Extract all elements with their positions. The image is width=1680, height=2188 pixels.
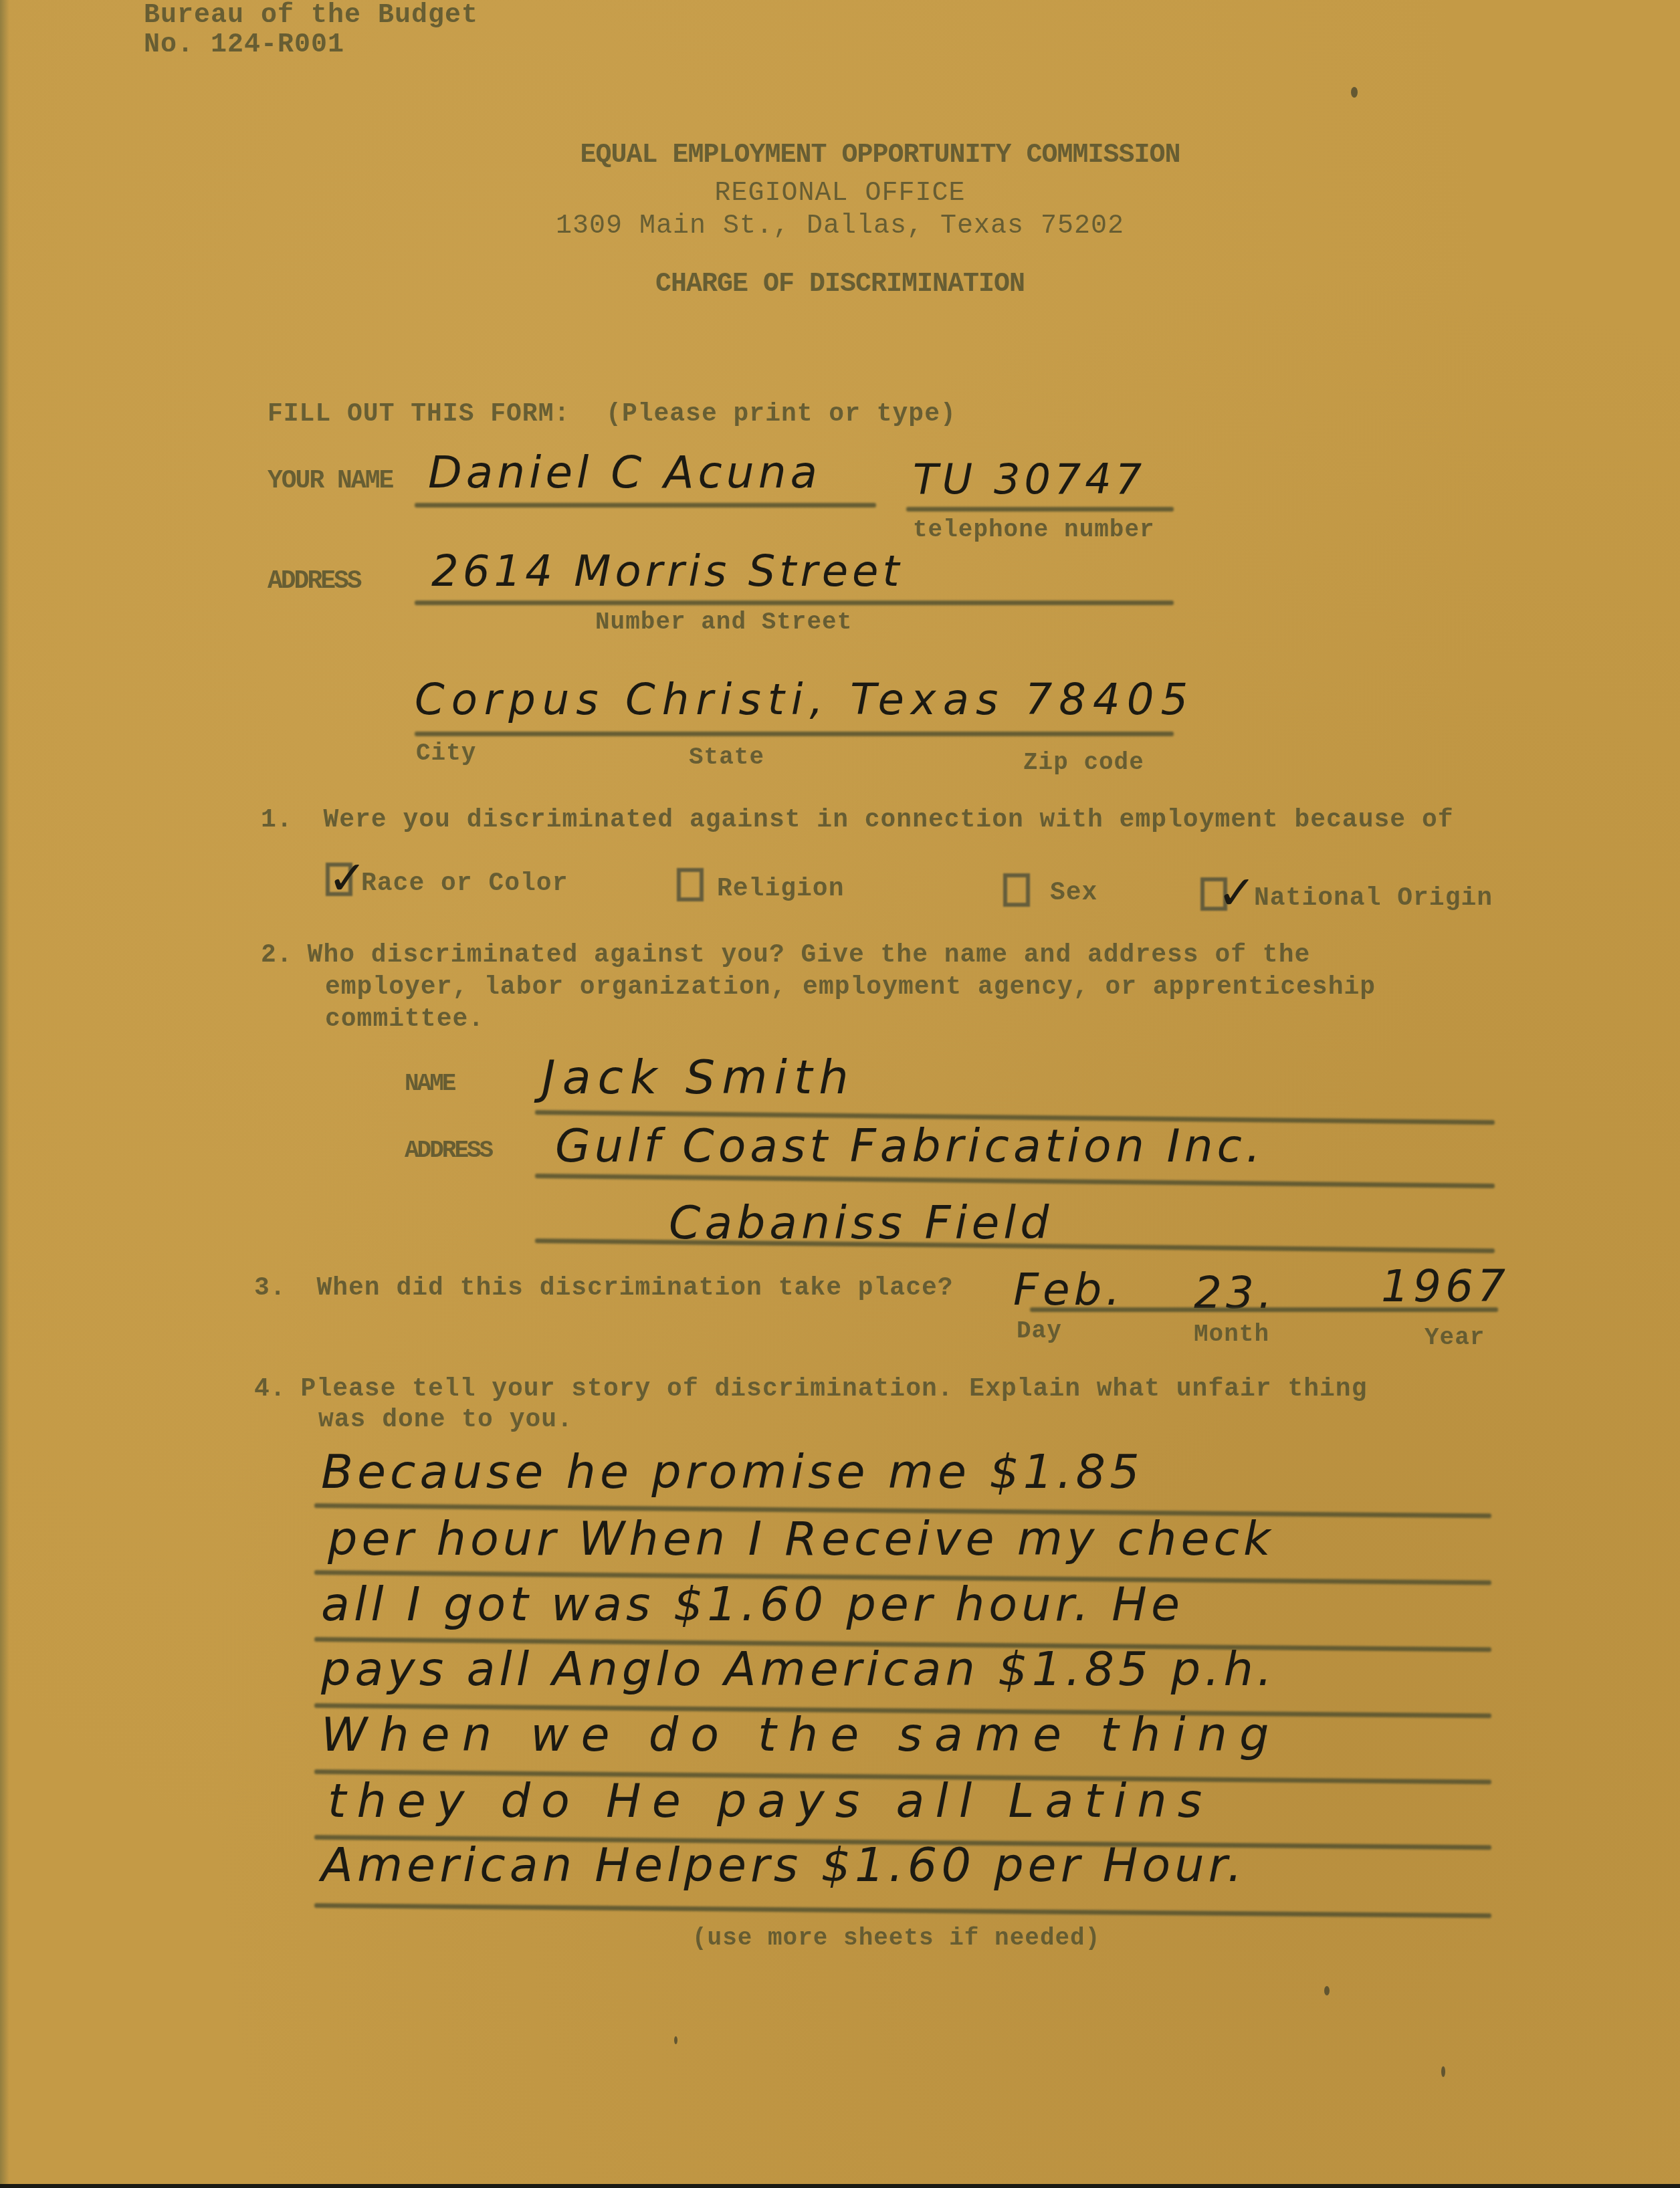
story-line: per hour When I Receive my check	[328, 1511, 1275, 1566]
your-name-label: YOUR NAME	[268, 467, 393, 496]
story-underline	[314, 1903, 1491, 1918]
question-1-text: Were you discriminated against in connec…	[323, 806, 1453, 835]
agency-header: EQUAL EMPLOYMENT OPPORTUNITY COMMISSION …	[0, 140, 1680, 300]
your-name-field[interactable]: Daniel C Acuna	[428, 447, 821, 498]
year-caption: Year	[1425, 1324, 1485, 1351]
fill-note: (Please print or type)	[606, 400, 956, 429]
question-4-text-line-2: was done to you.	[318, 1405, 1367, 1436]
ink-speck	[674, 2036, 677, 2044]
ink-speck	[1324, 1986, 1330, 1995]
option-national-origin-label: National Origin	[1254, 884, 1493, 913]
form-title: CHARGE OF DISCRIMINATION	[0, 269, 1680, 300]
fill-instruction: FILL OUT THIS FORM: (Please print or typ…	[268, 400, 956, 429]
question-1: 1. Were you discriminated against in con…	[261, 806, 1454, 835]
story-line: all I got was $1.60 per hour. He	[321, 1577, 1184, 1632]
document-page: { "header": { "bureau_line1": "Bureau of…	[0, 0, 1680, 2188]
question-3: 3. When did this discrimination take pla…	[254, 1274, 954, 1303]
employer-address-label: ADDRESS	[405, 1137, 492, 1164]
paper-edge-shadow	[0, 0, 9, 2188]
question-1-number: 1.	[261, 806, 293, 835]
agency-name: EQUAL EMPLOYMENT OPPORTUNITY COMMISSION	[80, 140, 1680, 171]
story-line: they do He pays all Latins	[328, 1773, 1213, 1828]
fill-label: FILL OUT THIS FORM:	[268, 400, 570, 429]
question-4-text-line-1: Please tell your story of discrimination…	[301, 1375, 1368, 1404]
street-caption: Number and Street	[595, 609, 852, 636]
story-line: When we do the same thing	[321, 1707, 1281, 1762]
question-2-text-line-2: employer, labor organization, employment…	[325, 972, 1376, 1004]
option-religion-label: Religion	[717, 875, 844, 903]
question-3-text: When did this discrimination take place?	[316, 1274, 953, 1303]
ink-speck	[1441, 2066, 1445, 2077]
question-2: 2.Who discriminated against you? Give th…	[261, 940, 1376, 1036]
story-line: pays all Anglo American $1.85 p.h.	[321, 1642, 1276, 1697]
office-address: 1309 Main St., Dallas, Texas 75202	[0, 211, 1680, 241]
day-caption: Day	[1017, 1317, 1062, 1345]
bureau-label: Bureau of the Budget No. 124-R001	[144, 1, 478, 60]
bureau-line-1: Bureau of the Budget	[144, 1, 478, 31]
city-underline	[415, 732, 1174, 736]
street-underline	[415, 600, 1174, 605]
question-4: 4.Please tell your story of discriminati…	[254, 1374, 1367, 1436]
question-2-text-line-1: Who discriminated against you? Give the …	[308, 941, 1311, 970]
street-field[interactable]: 2614 Morris Street	[431, 547, 904, 596]
telephone-underline	[906, 507, 1174, 512]
city-state-zip-field[interactable]: Corpus Christi, Texas 78405	[415, 675, 1194, 725]
employer-name-label: NAME	[405, 1070, 454, 1097]
zip-caption: Zip code	[1023, 749, 1144, 776]
question-3-number: 3.	[254, 1274, 286, 1303]
address-label: ADDRESS	[268, 567, 360, 596]
option-race-or-color-label: Race or Color	[361, 869, 568, 898]
option-sex-label: Sex	[1050, 879, 1097, 907]
question-4-number: 4.	[254, 1375, 286, 1404]
question-2-text-line-3: committee.	[325, 1004, 1376, 1036]
story-line: American Helpers $1.60 per Hour.	[321, 1838, 1246, 1892]
more-sheets-note: (use more sheets if needed)	[692, 1925, 1100, 1952]
regional-office: REGIONAL OFFICE	[0, 179, 1680, 209]
question-2-number: 2.	[261, 941, 293, 970]
telephone-field[interactable]: TU 30747	[913, 455, 1146, 504]
date-year-field[interactable]: 1967	[1381, 1261, 1509, 1312]
story-line: Because he promise me $1.85	[321, 1444, 1144, 1499]
employer-address-line-1[interactable]: Gulf Coast Fabrication Inc.	[555, 1120, 1265, 1173]
checkmark-icon: ✓	[1217, 869, 1257, 916]
city-caption: City	[416, 740, 476, 767]
telephone-caption: telephone number	[913, 516, 1155, 544]
checkbox-sex[interactable]	[1003, 873, 1030, 907]
bureau-form-number: No. 124-R001	[144, 31, 478, 60]
scan-bottom-edge	[0, 2184, 1680, 2188]
month-caption: Month	[1194, 1321, 1269, 1348]
ink-speck	[1351, 87, 1358, 98]
employer-name-field[interactable]: Jack Smith	[542, 1050, 855, 1105]
state-caption: State	[689, 744, 764, 771]
employer-address-underline-1	[535, 1174, 1495, 1188]
checkbox-religion[interactable]	[677, 868, 704, 901]
date-underline	[1030, 1307, 1498, 1312]
name-underline	[415, 503, 876, 508]
